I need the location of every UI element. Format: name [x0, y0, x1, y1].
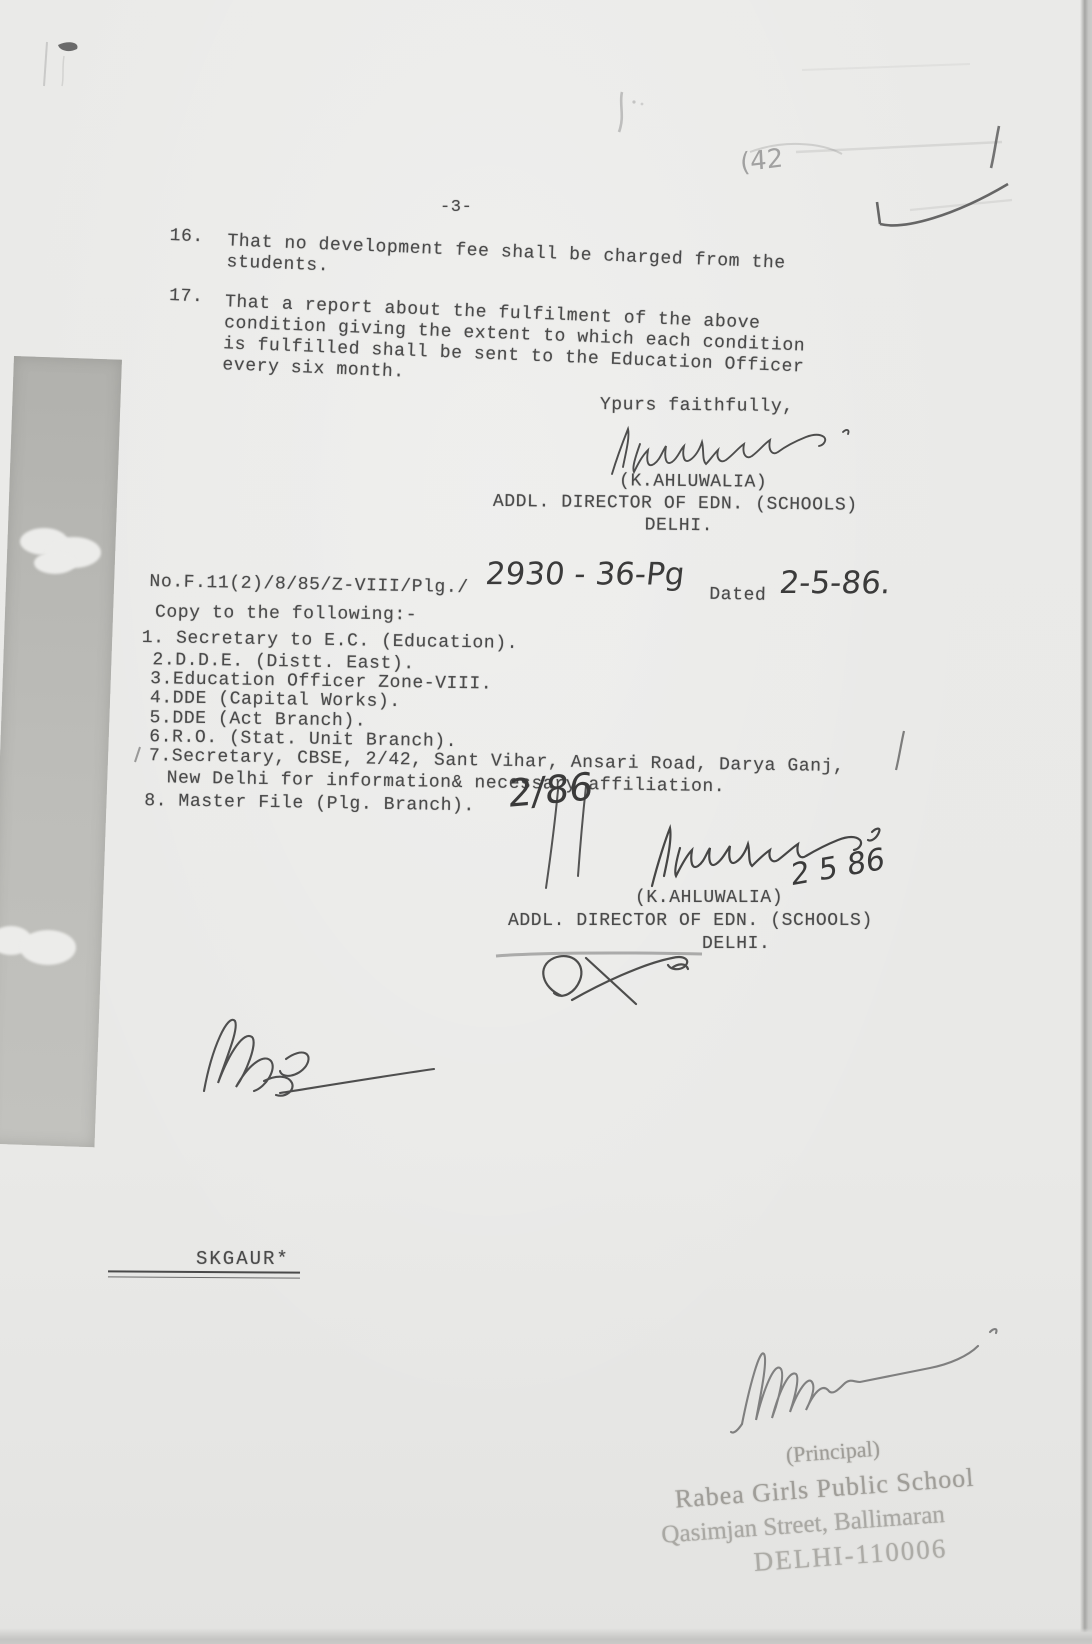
- punch-hole-bottom-2: [20, 930, 76, 965]
- margin-tick-left: [130, 744, 146, 766]
- initials-scribble-delhi: [520, 938, 760, 1028]
- date-handwritten: 2-5-86.: [778, 565, 893, 601]
- dated-label: Dated: [709, 585, 766, 606]
- terms-block: 16. That no development fee shall be cha…: [170, 226, 849, 253]
- term-17-number: 17.: [169, 286, 204, 307]
- reference-number-handwritten: 2930 - 36-Pg: [484, 556, 687, 592]
- left-tape-strip: [0, 356, 122, 1147]
- term-16-number: 16.: [169, 226, 204, 247]
- tick-mark-icon: [985, 122, 1009, 174]
- signature-principal: [718, 1292, 1018, 1442]
- typist-code-underline: [108, 1270, 300, 1278]
- typist-code: SKGAUR*: [196, 1248, 290, 1270]
- term-16-line: students.: [226, 252, 329, 276]
- principal-stamp: (Principal) Rabea Girls Public School Qa…: [633, 1423, 1062, 1593]
- signatory2-name: (K.AHLUWALIA): [635, 888, 783, 908]
- signatory-place: DELHI.: [645, 515, 714, 536]
- copy-list: 1. Secretary to E.C. (Education). 2.D.D.…: [140, 628, 940, 641]
- reference-row: No.F.11(2)/8/85/Z-VIII/Plg./ 2930 - 36-P…: [150, 556, 1030, 573]
- page-number: -3-: [440, 198, 472, 217]
- checkmark-flourish-icon: [872, 176, 1017, 232]
- punch-hole-top-3: [34, 552, 76, 574]
- closing-salutation: Ypurs faithfully,: [600, 395, 794, 417]
- scanned-letter-page: (42 -3- 16. That no development fee shal…: [0, 0, 1092, 1644]
- signature-ahluwalia-top: [600, 420, 875, 480]
- initials-scrawl: [168, 995, 458, 1105]
- copy-list-heading: Copy to the following:-: [155, 603, 417, 626]
- margin-stroke-right: [890, 728, 910, 774]
- scan-edge-bottom: [0, 1628, 1092, 1644]
- copy-item: 8. Master File (Plg. Branch).: [144, 791, 475, 816]
- stamp-principal-label: (Principal): [785, 1436, 881, 1469]
- signatory2-title: ADDL. DIRECTOR OF EDN. (SCHOOLS): [508, 911, 873, 931]
- scan-edge-right: [1080, 0, 1092, 1644]
- reference-number-typed: No.F.11(2)/8/85/Z-VIII/Plg./: [149, 572, 469, 598]
- top-middle-smudge: [606, 86, 646, 146]
- signatory-title: ADDL. DIRECTOR OF EDN. (SCHOOLS): [493, 492, 858, 516]
- top-left-smudge: [38, 34, 98, 104]
- closing-block: Ypurs faithfully, (K.AHLUWALIA) ADDL. DI…: [494, 394, 894, 398]
